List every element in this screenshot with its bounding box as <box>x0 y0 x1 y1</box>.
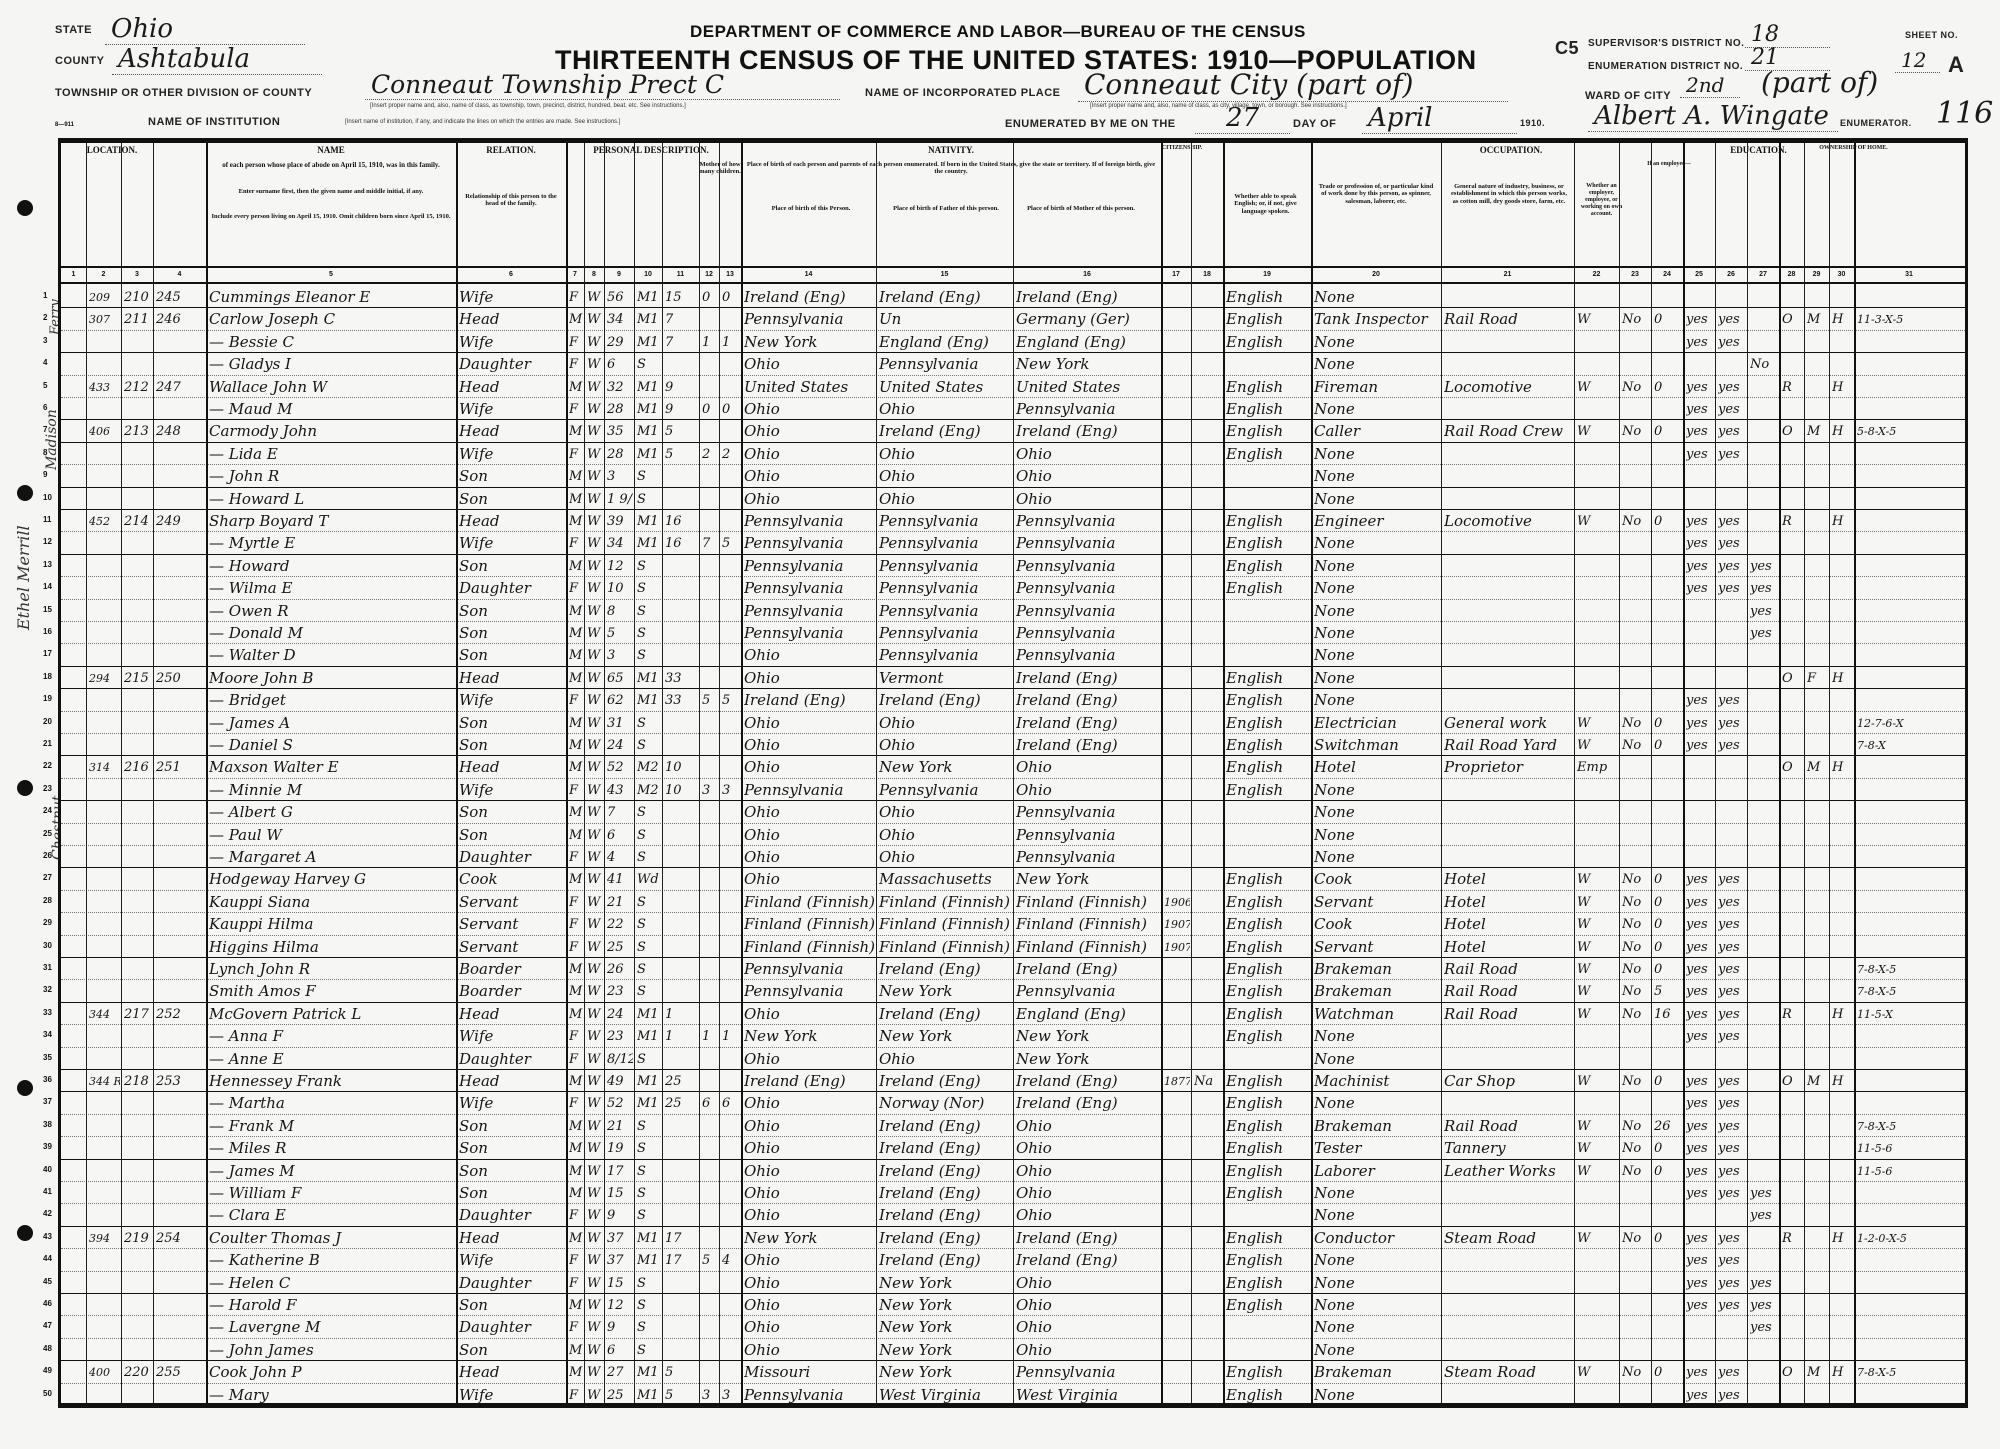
cell-age: 3 <box>607 645 633 666</box>
cell-read: yes <box>1686 1273 1714 1294</box>
cell-wk: 0 <box>1654 511 1682 532</box>
cell-born: 0 <box>702 399 718 420</box>
column-divider <box>584 143 585 1403</box>
cell-born: 3 <box>702 780 718 801</box>
column-number: 9 <box>604 271 634 278</box>
cell-pob: Ohio <box>744 1205 875 1226</box>
cell-sex: M <box>569 981 583 1002</box>
cell-dwelling: 213 <box>124 421 152 442</box>
cell-relation: Son <box>459 1138 565 1159</box>
cell-house: 307 <box>89 309 120 330</box>
cell-pob-f: Finland (Finnish) <box>879 937 1012 958</box>
cell-read: yes <box>1686 1116 1714 1137</box>
pob-mother-header: Place of birth of Mother of this person. <box>1016 205 1146 212</box>
column-number: 8 <box>584 271 604 278</box>
cell-sex: F <box>569 1273 583 1294</box>
cell-age: 31 <box>607 713 633 734</box>
cell-write: yes <box>1718 533 1746 554</box>
cell-age: 24 <box>607 735 633 756</box>
cell-years: 16 <box>665 511 698 532</box>
cell-sex: M <box>569 601 583 622</box>
cell-pob-f: New York <box>879 1273 1012 1294</box>
cell-pob-f: Ireland (Eng) <box>879 1205 1012 1226</box>
cell-house: 433 <box>89 377 120 398</box>
cell-pob-f: Un <box>879 309 1012 330</box>
cell-write: yes <box>1718 892 1746 913</box>
cell-marital: S <box>637 1138 661 1159</box>
cell-marital: S <box>637 735 661 756</box>
cell-write: yes <box>1718 1004 1746 1025</box>
cell-marital: S <box>637 937 661 958</box>
cell-pob-f: West Virginia <box>879 1385 1012 1406</box>
cell-dwelling: 211 <box>124 309 152 330</box>
cell-living: 5 <box>722 533 740 554</box>
cell-trade: None <box>1314 1295 1440 1316</box>
county-label: COUNTY <box>55 55 104 67</box>
cell-trade: Engineer <box>1314 511 1440 532</box>
cell-write: yes <box>1718 421 1746 442</box>
cell-pob-f: Ohio <box>879 399 1012 420</box>
cell-pob-f: New York <box>879 1362 1012 1383</box>
cell-lang: English <box>1226 287 1310 308</box>
cell-pob-f: Pennsylvania <box>879 623 1012 644</box>
cell-trade: None <box>1314 287 1440 308</box>
column-divider <box>1683 143 1685 1403</box>
cell-read: yes <box>1686 1362 1714 1383</box>
cell-pob-m: Pennsylvania <box>1016 802 1160 823</box>
cell-sex: M <box>569 466 583 487</box>
cell-trade: Tester <box>1314 1138 1440 1159</box>
cell-race: W <box>587 869 603 890</box>
cell-write: yes <box>1718 377 1746 398</box>
cell-trade: None <box>1314 825 1440 846</box>
cell-pob-m: Pennsylvania <box>1016 645 1160 666</box>
cell-pob-f: Ireland (Eng) <box>879 1228 1012 1249</box>
cell-house: 344 Rear <box>89 1071 120 1092</box>
cell-pob-m: Ireland (Eng) <box>1016 1228 1160 1249</box>
cell-pob-m: Ireland (Eng) <box>1016 668 1160 689</box>
cell-family: 251 <box>156 757 205 778</box>
cell-marital: S <box>637 959 661 980</box>
cell-pob-m: Germany (Ger) <box>1016 309 1160 330</box>
cell-write: yes <box>1718 1228 1746 1249</box>
cell-trade: None <box>1314 1250 1440 1271</box>
line-number: 5 <box>43 381 47 390</box>
cell-immig: 1906 <box>1164 892 1190 913</box>
cell-ow: No <box>1622 892 1650 913</box>
cell-pob: Ohio <box>744 1183 875 1204</box>
cell-lang: English <box>1226 1183 1310 1204</box>
cell-pob-m: Pennsylvania <box>1016 623 1160 644</box>
cell-ow: No <box>1622 1228 1650 1249</box>
cell-marital: M1 <box>637 1385 661 1406</box>
punch-hole <box>17 1080 33 1096</box>
cell-pob: Ohio <box>744 1340 875 1361</box>
cell-trade: None <box>1314 332 1440 353</box>
cell-race: W <box>587 1295 603 1316</box>
cell-pob-m: Pennsylvania <box>1016 847 1160 868</box>
cell-write: yes <box>1718 1116 1746 1137</box>
cell-years: 25 <box>665 1071 698 1092</box>
cell-sex: M <box>569 511 583 532</box>
cell-pob-m: Ohio <box>1016 780 1160 801</box>
cell-ow: No <box>1622 1161 1650 1182</box>
cell-trade: Hotel <box>1314 757 1440 778</box>
cell-farm: H <box>1832 668 1853 689</box>
cell-emp: W <box>1577 914 1618 935</box>
cell-pob: Ohio <box>744 1093 875 1114</box>
pob-father-header: Place of birth of Father of this person. <box>881 205 1011 212</box>
line-number: 19 <box>43 694 52 703</box>
cell-race: W <box>587 892 603 913</box>
line-number: 14 <box>43 582 52 591</box>
cell-name: Moore John B <box>209 668 455 689</box>
cell-relation: Wife <box>459 533 565 554</box>
cell-race: W <box>587 601 603 622</box>
cell-lang: English <box>1226 1004 1310 1025</box>
cell-relation: Daughter <box>459 847 565 868</box>
state-value: Ohio <box>105 14 305 45</box>
cell-years: 5 <box>665 444 698 465</box>
cell-relation: Son <box>459 1116 565 1137</box>
cell-pob-f: Ireland (Eng) <box>879 287 1012 308</box>
cell-relation: Wife <box>459 1026 565 1047</box>
cell-trade: Tank Inspector <box>1314 309 1440 330</box>
cell-own: R <box>1782 1228 1803 1249</box>
cell-pob: Pennsylvania <box>744 511 875 532</box>
group-education: EDUCATION. <box>1711 145 1806 155</box>
cell-pob: Pennsylvania <box>744 556 875 577</box>
nativity-desc: Place of birth of each person and parent… <box>746 161 1156 176</box>
cell-sched: 7-8-X-5 <box>1857 981 1963 1002</box>
line-number: 13 <box>43 560 52 569</box>
cell-trade: Servant <box>1314 937 1440 958</box>
supervisor-label: SUPERVISOR'S DISTRICT NO. <box>1588 38 1744 49</box>
cell-name: — Bridget <box>209 690 455 711</box>
cell-age: 12 <box>607 556 633 577</box>
cell-write: yes <box>1718 869 1746 890</box>
column-divider <box>1651 143 1652 1403</box>
cell-trade: Electrician <box>1314 713 1440 734</box>
cell-lang: English <box>1226 1071 1310 1092</box>
cell-marital: M2 <box>637 757 661 778</box>
line-number: 33 <box>43 1008 52 1017</box>
cell-name: — James M <box>209 1161 455 1182</box>
cell-name: Hennessey Frank <box>209 1071 455 1092</box>
cell-pob: Ohio <box>744 1161 875 1182</box>
ward-label: WARD OF CITY <box>1585 90 1671 102</box>
column-divider <box>662 143 663 1403</box>
cell-name: — Myrtle E <box>209 533 455 554</box>
cell-lang: English <box>1226 937 1310 958</box>
cell-race: W <box>587 1049 603 1070</box>
cell-pob: Pennsylvania <box>744 981 875 1002</box>
cell-pob-m: Ireland (Eng) <box>1016 690 1160 711</box>
cell-age: 49 <box>607 1071 633 1092</box>
cell-ow: No <box>1622 869 1650 890</box>
cell-emp: W <box>1577 377 1618 398</box>
cell-school: yes <box>1750 1295 1778 1316</box>
cell-emp: W <box>1577 959 1618 980</box>
cell-mort: M <box>1807 309 1828 330</box>
cell-trade: None <box>1314 645 1440 666</box>
cell-name: — Mary <box>209 1385 455 1406</box>
group-name: NAME <box>206 145 456 155</box>
cell-years: 16 <box>665 533 698 554</box>
cell-relation: Son <box>459 1340 565 1361</box>
column-divider <box>1191 143 1192 1403</box>
cell-sex: F <box>569 1317 583 1338</box>
cell-race: W <box>587 847 603 868</box>
punch-hole <box>17 485 33 501</box>
cell-pob-f: Vermont <box>879 668 1012 689</box>
employer-header: Whether an employer, employee, or workin… <box>1579 183 1624 217</box>
column-number: 3 <box>121 271 153 278</box>
cell-age: 62 <box>607 690 633 711</box>
cell-trade: None <box>1314 1093 1440 1114</box>
cell-age: 28 <box>607 444 633 465</box>
column-number: 7 <box>566 271 584 278</box>
cell-pob-f: United States <box>879 377 1012 398</box>
cell-emp: W <box>1577 1161 1618 1182</box>
line-number: 20 <box>43 717 52 726</box>
cell-trade: None <box>1314 444 1440 465</box>
cell-pob: Pennsylvania <box>744 959 875 980</box>
cell-pob-m: Ohio <box>1016 466 1160 487</box>
cell-lang: English <box>1226 735 1310 756</box>
cell-pob-m: Finland (Finnish) <box>1016 937 1160 958</box>
cell-family: 253 <box>156 1071 205 1092</box>
cell-sex: M <box>569 735 583 756</box>
cell-marital: M1 <box>637 287 661 308</box>
cell-years: 25 <box>665 1093 698 1114</box>
cell-race: W <box>587 690 603 711</box>
cell-relation: Head <box>459 309 565 330</box>
cell-farm: H <box>1832 1228 1853 1249</box>
cell-lang: English <box>1226 1250 1310 1271</box>
cell-living: 3 <box>722 1385 740 1406</box>
cell-pob: Finland (Finnish) <box>744 937 875 958</box>
cell-pob-f: New York <box>879 1317 1012 1338</box>
cell-trade: None <box>1314 601 1440 622</box>
cell-sex: F <box>569 690 583 711</box>
cell-ow: No <box>1622 1362 1650 1383</box>
cell-relation: Son <box>459 713 565 734</box>
cell-school: yes <box>1750 623 1778 644</box>
cell-sex: F <box>569 578 583 599</box>
cell-lang: English <box>1226 1295 1310 1316</box>
line-number: 37 <box>43 1097 52 1106</box>
cell-cit: Na <box>1194 1071 1222 1092</box>
cell-trade: None <box>1314 690 1440 711</box>
cell-pob-f: Ireland (Eng) <box>879 1138 1012 1159</box>
cell-race: W <box>587 1340 603 1361</box>
cell-school: yes <box>1750 1183 1778 1204</box>
cell-pob: Ohio <box>744 421 875 442</box>
cell-age: 4 <box>607 847 633 868</box>
cell-read: yes <box>1686 377 1714 398</box>
line-number: 48 <box>43 1344 52 1353</box>
line-number: 45 <box>43 1277 52 1286</box>
township-note: [Insert proper name and, also, name of c… <box>370 103 686 109</box>
cell-wk: 0 <box>1654 892 1682 913</box>
cell-age: 23 <box>607 981 633 1002</box>
cell-lang: English <box>1226 1385 1310 1406</box>
line-number: 38 <box>43 1120 52 1129</box>
cell-pob-m: Ohio <box>1016 1138 1160 1159</box>
form-id: 8—911 <box>55 122 74 128</box>
cell-relation: Wife <box>459 1385 565 1406</box>
sheet-label: SHEET NO. <box>1905 30 1958 40</box>
cell-relation: Wife <box>459 780 565 801</box>
cell-relation: Head <box>459 757 565 778</box>
cell-family: 255 <box>156 1362 205 1383</box>
month-value: April <box>1362 103 1517 134</box>
cell-dwelling: 217 <box>124 1004 152 1025</box>
cell-name: — Paul W <box>209 825 455 846</box>
cell-years: 5 <box>665 1385 698 1406</box>
cell-industry: Hotel <box>1444 892 1573 913</box>
cell-industry: Hotel <box>1444 914 1573 935</box>
cell-pob-f: Ireland (Eng) <box>879 1116 1012 1137</box>
cell-marital: M1 <box>637 1362 661 1383</box>
column-divider <box>121 143 122 1403</box>
cell-relation: Head <box>459 668 565 689</box>
cell-ow: No <box>1622 1138 1650 1159</box>
cell-trade: Brakeman <box>1314 959 1440 980</box>
cell-pob-f: Pennsylvania <box>879 601 1012 622</box>
cell-race: W <box>587 489 603 510</box>
cell-years: 1 <box>665 1004 698 1025</box>
cell-dwelling: 210 <box>124 287 152 308</box>
column-divider <box>1854 143 1856 1403</box>
cell-read: yes <box>1686 892 1714 913</box>
cell-race: W <box>587 1161 603 1182</box>
cell-sex: F <box>569 847 583 868</box>
cell-ow: No <box>1622 309 1650 330</box>
cell-read: yes <box>1686 1385 1714 1406</box>
cell-pob-m: Pennsylvania <box>1016 556 1160 577</box>
cell-pob: New York <box>744 332 875 353</box>
line-number: 32 <box>43 985 52 994</box>
cell-lang: English <box>1226 1362 1310 1383</box>
cell-emp: W <box>1577 421 1618 442</box>
cell-lang: English <box>1226 309 1310 330</box>
cell-years: 33 <box>665 690 698 711</box>
cell-pob-m: Pennsylvania <box>1016 399 1160 420</box>
sheet-no: 12 <box>1895 48 1940 73</box>
cell-years: 9 <box>665 377 698 398</box>
mother-of: Mother of how many children. <box>699 161 741 176</box>
cell-trade: Servant <box>1314 892 1440 913</box>
cell-sex: M <box>569 1183 583 1204</box>
line-number: 44 <box>43 1254 52 1263</box>
cell-industry: Rail Road <box>1444 1116 1573 1137</box>
cell-marital: M1 <box>637 1228 661 1249</box>
cell-read: yes <box>1686 1161 1714 1182</box>
cell-lang: English <box>1226 511 1310 532</box>
cell-sex: M <box>569 1161 583 1182</box>
cell-mort: M <box>1807 1362 1828 1383</box>
cell-wk: 0 <box>1654 421 1682 442</box>
cell-relation: Son <box>459 1183 565 1204</box>
column-number: 5 <box>206 271 456 278</box>
cell-trade: None <box>1314 399 1440 420</box>
cell-trade: Machinist <box>1314 1071 1440 1092</box>
cell-farm: H <box>1832 757 1853 778</box>
cell-born: 0 <box>702 287 718 308</box>
cell-relation: Son <box>459 601 565 622</box>
cell-born: 2 <box>702 444 718 465</box>
cell-race: W <box>587 780 603 801</box>
line-number: 26 <box>43 851 52 860</box>
cell-sex: M <box>569 1138 583 1159</box>
column-number: 13 <box>719 271 741 278</box>
institution-note: [Insert name of institution, if any, and… <box>345 119 620 125</box>
column-number: 20 <box>1311 271 1441 278</box>
cell-own: R <box>1782 511 1803 532</box>
county-value: Ashtabula <box>112 44 322 75</box>
cell-house: 294 <box>89 668 120 689</box>
cell-industry: Locomotive <box>1444 511 1573 532</box>
cell-race: W <box>587 533 603 554</box>
cell-write: yes <box>1718 713 1746 734</box>
cell-dwelling: 212 <box>124 377 152 398</box>
cell-industry: General work <box>1444 713 1573 734</box>
cell-race: W <box>587 466 603 487</box>
cell-name: McGovern Patrick L <box>209 1004 455 1025</box>
cell-race: W <box>587 981 603 1002</box>
cell-age: 24 <box>607 1004 633 1025</box>
cell-age: 8 <box>607 601 633 622</box>
cell-family: 250 <box>156 668 205 689</box>
column-number: 15 <box>876 271 1013 278</box>
cell-years: 17 <box>665 1228 698 1249</box>
cell-years: 33 <box>665 668 698 689</box>
cell-marital: M1 <box>637 1026 661 1047</box>
cell-marital: S <box>637 1340 661 1361</box>
cell-name: — Donald M <box>209 623 455 644</box>
cell-own: O <box>1782 668 1803 689</box>
census-page: STATE Ohio COUNTY Ashtabula TOWNSHIP OR … <box>0 0 2000 1449</box>
column-number: 17 <box>1161 271 1191 278</box>
cell-sex: F <box>569 533 583 554</box>
enumerated-label: ENUMERATED BY ME ON THE <box>1005 118 1176 130</box>
cell-relation: Servant <box>459 892 565 913</box>
cell-write: yes <box>1718 1183 1746 1204</box>
cell-name: — Margaret A <box>209 847 455 868</box>
cell-race: W <box>587 937 603 958</box>
cell-race: W <box>587 735 603 756</box>
cell-lang: English <box>1226 1116 1310 1137</box>
cell-industry: Rail Road <box>1444 309 1573 330</box>
cell-marital: S <box>637 354 661 375</box>
cell-relation: Servant <box>459 914 565 935</box>
cell-sex: F <box>569 914 583 935</box>
cell-relation: Head <box>459 511 565 532</box>
cell-trade: Caller <box>1314 421 1440 442</box>
cell-relation: Wife <box>459 690 565 711</box>
cell-relation: Servant <box>459 937 565 958</box>
cell-age: 9 <box>607 1205 633 1226</box>
cell-pob: Ohio <box>744 757 875 778</box>
cell-sex: M <box>569 556 583 577</box>
cell-pob-m: Ohio <box>1016 1295 1160 1316</box>
column-number: 10 <box>634 271 662 278</box>
cell-race: W <box>587 757 603 778</box>
cell-pob: Pennsylvania <box>744 780 875 801</box>
cell-marital: M1 <box>637 421 661 442</box>
